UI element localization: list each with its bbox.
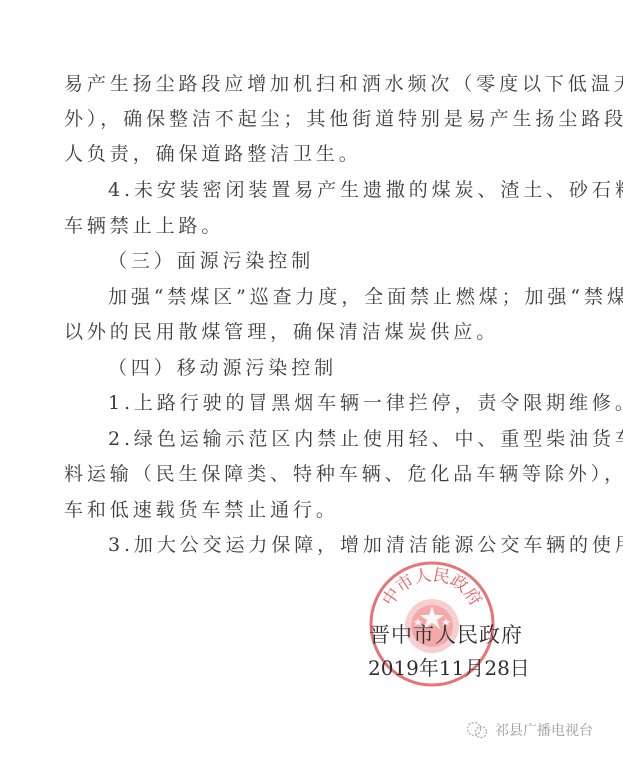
issue-date: 2019年11月28日 [368, 652, 530, 681]
watermark: 祁县广播电视台 [465, 720, 593, 740]
paragraph-line: 人负责，确保道路整洁卫生。 [64, 142, 362, 166]
paragraph-line: 易产生扬尘路段应增加机扫和洒水频次（零度以下低温天气除 [64, 72, 623, 96]
paragraph-line: 以外的民用散煤管理，确保清洁煤炭供应。 [64, 320, 499, 344]
list-item-1: 1.上路行驶的冒黑烟车辆一律拦停，责令限期维修。 [108, 391, 623, 415]
paragraph-line: 车辆禁止上路。 [64, 214, 224, 238]
watermark-label: 祁县广播电视台 [495, 720, 593, 740]
paragraph-line: 加强“禁煤区”巡查力度，全面禁止燃煤；加强“禁煤区” [108, 285, 623, 309]
issuer-signature: 晋中市人民政府 [369, 619, 523, 649]
list-item-3: 3.加大公交运力保障，增加清洁能源公交车辆的使用。 [108, 533, 623, 557]
section-heading-area-source: （三）面源污染控制 [108, 249, 314, 273]
paragraph-line: 料运输（民生保障类、特种车辆、危化品车辆等除外），三轮汽 [64, 462, 623, 486]
paragraph-line: 车和低速载货车禁止通行。 [64, 498, 339, 522]
list-item-4: 4.未安装密闭装置易产生遗撒的煤炭、渣土、砂石料等运输 [108, 178, 623, 202]
paragraph-line: 外），确保整洁不起尘；其他街道特别是易产生扬尘路段实行专 [64, 107, 623, 131]
wechat-official-account-icon [465, 721, 489, 739]
list-item-2: 2.绿色运输示范区内禁止使用轻、中、重型柴油货车进行物 [108, 427, 623, 451]
section-heading-mobile-source: （四）移动源污染控制 [108, 356, 337, 380]
